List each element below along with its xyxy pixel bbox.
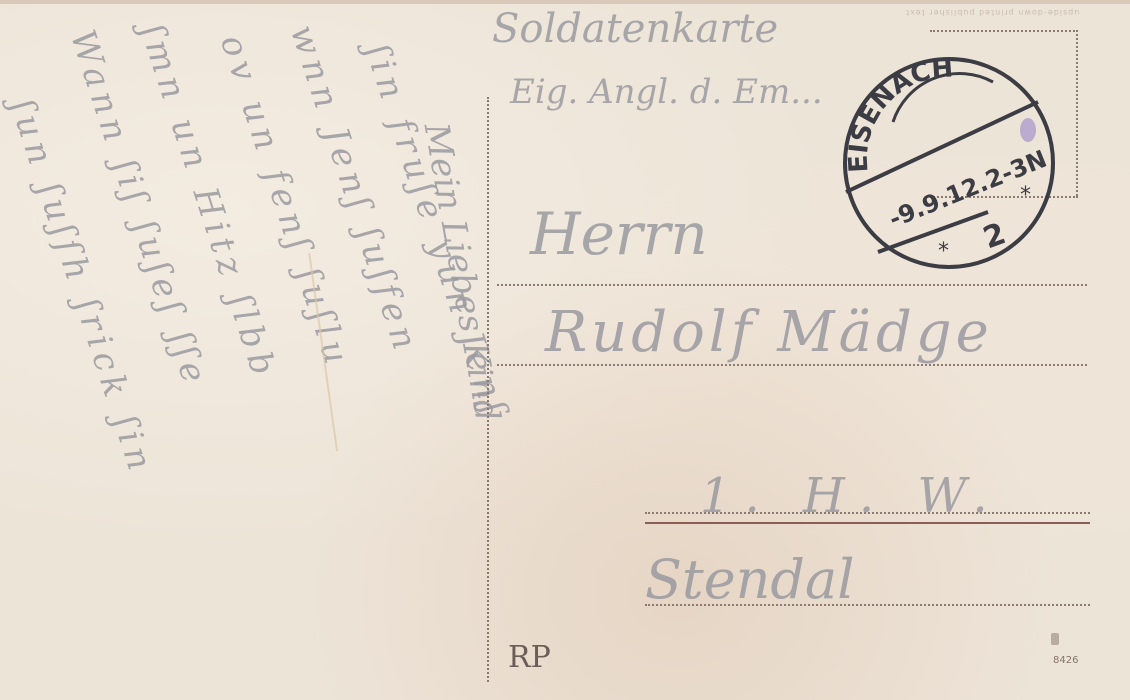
publisher-print-text: upside-down printed publisher text	[905, 8, 1079, 17]
violet-ink-mark	[1020, 118, 1036, 142]
recipient-name: Rudolf Mädge	[545, 300, 993, 365]
svg-text:EISENACH: EISENACH	[844, 53, 955, 173]
postmark-star-right: *	[1020, 183, 1031, 208]
publisher-logo-icon: RP	[508, 640, 551, 675]
serial-number: 8426	[1053, 655, 1078, 666]
recipient-city: Stendal	[645, 548, 854, 611]
stamp-box-right	[1076, 30, 1078, 196]
header-note-line-1: Soldatenkarte	[492, 6, 778, 52]
stamp-box-top	[930, 30, 1078, 32]
card-top-edge	[0, 0, 1130, 4]
vertical-divider	[487, 97, 489, 682]
address-line-1	[497, 284, 1087, 286]
recipient-title: Herrn	[530, 200, 708, 268]
postmark-office-number: 2	[979, 216, 1011, 256]
recipient-unit: 1. H. W.	[700, 468, 1002, 524]
postcard-back: upside-down printed publisher text Mein …	[0, 0, 1130, 700]
header-note-line-2: Eig. Angl. d. Em...	[510, 72, 823, 112]
eisenach-postmark-icon: EISENACH -9.9.12.2-3N 2 * *	[838, 52, 1060, 274]
serial-mark-icon	[1051, 633, 1059, 645]
postmark-star-left: *	[938, 239, 949, 264]
postmark-town: EISENACH	[844, 53, 955, 173]
